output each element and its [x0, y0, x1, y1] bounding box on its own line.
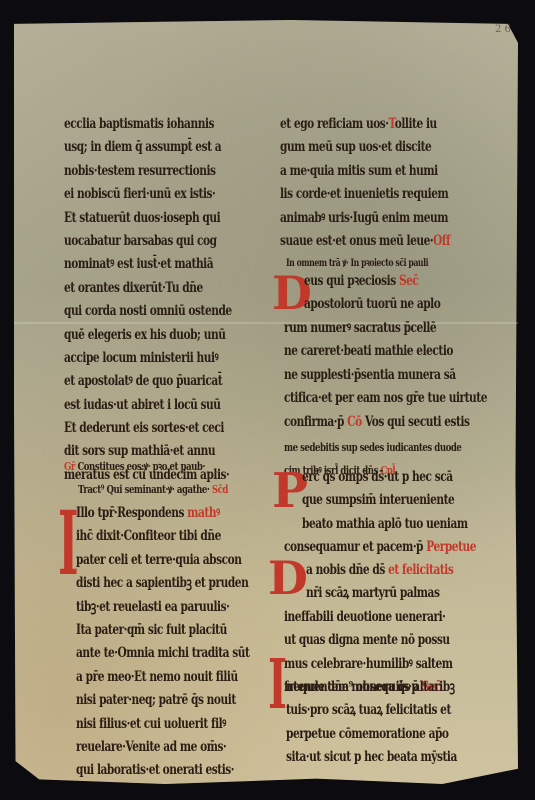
- text-line: me sedebitis sup sedes iudicantes duode: [284, 436, 461, 459]
- text-line: mus celebrare·humilibꝰ saltem: [284, 653, 453, 676]
- text-line: apostolorū tuorū ne aplo: [304, 293, 440, 316]
- text-line: erc̄ q̄s omps̄ ds̄·ut p hec scā: [302, 466, 468, 489]
- text-line: nr̄i scāꝝ martyrū palmas: [306, 582, 453, 605]
- text-line: reuelare·Venite ad me om̄s·: [76, 736, 249, 759]
- text-line: que sumpsim̄ interueniente: [302, 489, 468, 512]
- text-line: accipe locum ministerii huiꝰ: [64, 347, 232, 370]
- text-line: ut quas digna mente nō possu: [284, 629, 453, 652]
- text-line: nisi pater·neq; patrē q̄s nouit: [76, 689, 249, 712]
- collect-2: erc̄ q̄s omps̄ ds̄·ut p hec scā que sump…: [302, 466, 514, 536]
- left-column-text: ecclia baptismatis iohannis usq; in diem…: [64, 113, 279, 487]
- rubric-line: Gr̄ Constitues eos·ꝟ· pꝛo et paub·: [64, 455, 225, 478]
- text-line: Ita pater·qm̄ sic fuit placitū: [76, 619, 249, 642]
- text-line: pater celi et terre·quia abscon: [76, 549, 249, 572]
- text-line: ei nobiscū fieri·unū ex istis·: [64, 183, 232, 206]
- text-line: et ego reficiam uos·Tollite iu: [280, 113, 450, 136]
- text-line: eus qui pꝛeciosis Sec̄: [304, 270, 440, 293]
- text-line: qui corda nosti omniū ostende: [64, 300, 232, 323]
- text-line: et apostolatꝰ de quo p̄uaricat̄: [64, 370, 232, 393]
- left-rubric-lines: Gr̄ Constitues eos·ꝟ· pꝛo et paub· Tract…: [64, 455, 270, 502]
- text-line: Illo tpr̄·Respondens mathꝰ: [76, 502, 249, 525]
- collect-3: a nobis dn̄e ds̄ et felicitatis nr̄i scā…: [306, 559, 495, 606]
- text-line: a pr̄e meo·Et nemo nouit filiū: [76, 666, 249, 689]
- text-line: ne careret·beati mathie electio: [284, 340, 487, 363]
- text-line: tuis·pro scāꝝ tuaꝝ felicitatis et: [286, 699, 457, 722]
- text-line: ihc̄ dixit·Confiteor tibi dn̄e: [76, 525, 249, 548]
- text-line: ecclia baptismatis iohannis: [64, 113, 232, 136]
- text-line: gum meū sup uos·et discite: [280, 136, 450, 159]
- text-line: animabꝰ uris·Iugū enim meum: [280, 207, 450, 230]
- folio-number: 2 6: [495, 24, 511, 35]
- text-line: nominatꝰ est iust̄·et mathiā: [64, 253, 232, 276]
- text-line: a nobis dn̄e ds̄ et felicitatis: [306, 559, 453, 582]
- text-line: ctifica·et per eam nos gr̄e tue uirtute: [284, 387, 487, 410]
- text-line: consequamur et pacem·p̄ Perpetue: [284, 536, 476, 559]
- text-line: quē elegeris ex his duob; unū: [64, 324, 232, 347]
- red-initial-D-2: D: [268, 552, 308, 604]
- text-line: ntende dn̄e munera q̄s altaribꝫ: [286, 676, 457, 699]
- text-line: usq; in diem q̄ assumpt̄ est a: [64, 136, 232, 159]
- text-line: ante te·Omnia michi tradita sūt: [76, 642, 249, 665]
- text-line: nobis·testem resurrectionis: [64, 160, 232, 183]
- text-line: suaue est·et onus meū leue·Off: [280, 230, 450, 253]
- text-line: perpetue cōmemoratione ap̄o: [286, 723, 457, 746]
- red-initial-I-2: I: [268, 650, 287, 720]
- text-line: beato mathia aplō tuo ueniam: [302, 513, 468, 536]
- collect-4: ntende dn̄e munera q̄s altaribꝫ tuis·pro…: [286, 676, 505, 770]
- collect-2-continued: consequamur et pacem·p̄ Perpetue: [284, 536, 530, 559]
- text-line: lis corde·et inuenietis requiem: [280, 183, 450, 206]
- rubric-line: Tract⁹ Qui seminant·ꝟ· agathe· Sc̄d: [78, 478, 228, 501]
- collect-1: eus qui pꝛeciosis Sec̄ apostolorū tuorū …: [304, 270, 479, 317]
- text-line: a me·quia mitis sum et humi: [280, 160, 450, 183]
- text-line: confirma·p̄ Cō Vos qui secuti estis: [284, 411, 487, 434]
- text-line: Et statuerūt duos·ioseph qui: [64, 207, 232, 230]
- text-line: ineffabili deuotione uenerari·: [284, 606, 453, 629]
- gospel-text: Illo tpr̄·Respondens mathꝰ ihc̄ dixit·Co…: [76, 502, 298, 783]
- text-line: nisi filius·et cui uoluerit filꝰ: [76, 713, 249, 736]
- text-line: Et dederunt eis sortes·et ceci: [64, 417, 232, 440]
- text-line: tibꝫ·et reuelasti ea paruulis·: [76, 596, 249, 619]
- text-line: sita·ut sicut p hec beata mȳstia: [286, 746, 457, 769]
- text-line: disti hec a sapientibꝫ et pruden: [76, 572, 249, 595]
- right-column-top: et ego reficiam uos·Tollite iu gum meū s…: [280, 113, 498, 253]
- text-line: uocabatur barsabas qui cog: [64, 230, 232, 253]
- text-line: qui laboratis·et onerati estis·: [76, 759, 249, 782]
- text-line: ne supplesti·p̄sentia munera sā: [284, 364, 487, 387]
- text-line: rum numerꝰ sacratus p̄cellē: [284, 317, 487, 340]
- collect-1-continued: rum numerꝰ sacratus p̄cellē ne careret·b…: [284, 317, 535, 434]
- text-line: et orantes dixerūt·Tu dn̄e: [64, 277, 232, 300]
- text-line: est iudas·ut abiret i locū suū: [64, 394, 232, 417]
